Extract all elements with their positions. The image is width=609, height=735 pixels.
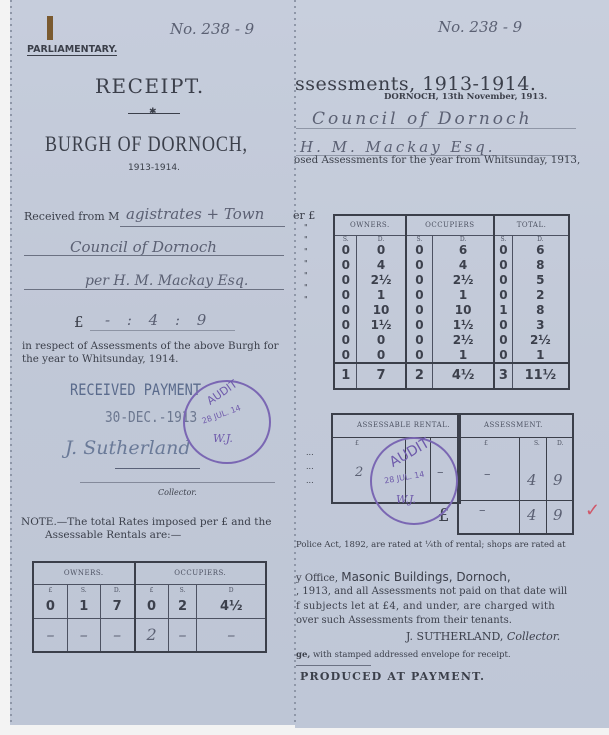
owners-header: OWNERS. [33, 562, 135, 584]
rate-row: 010102 [334, 288, 569, 303]
rate-cell: 8 [512, 258, 569, 273]
col-shillings: S. [168, 584, 197, 596]
rate-cell: 2½ [357, 273, 406, 288]
due-line: , 1913, and all Assessments not paid on … [296, 586, 567, 597]
place-date: DORNOCH, 13th November, 1913. [384, 92, 547, 102]
rate-cell: 7 [100, 596, 134, 618]
rate-row: 040408 [334, 258, 569, 273]
total-pence-value: 9 [553, 506, 563, 524]
col-pence: D. [557, 440, 564, 447]
rate-cell: 1 [357, 288, 406, 303]
occupiers-header: OCCUPIERS. [135, 562, 266, 584]
perforation-left [10, 0, 12, 725]
assessment-shillings-value: 4 [527, 471, 537, 489]
rate-row: 000606 [334, 243, 569, 258]
rate-cell: 10 [357, 303, 406, 318]
rate-cell: 0 [357, 243, 406, 258]
rate-row: 01½01½03 [334, 318, 569, 333]
rate-cell: 0 [494, 348, 512, 363]
owners-header: OWNERS. [334, 215, 406, 235]
collector-line [80, 482, 275, 483]
respect-line1: in respect of Assessments of the above B… [22, 340, 279, 352]
collector-signoff: J. SUTHERLAND, Collector. [406, 630, 560, 643]
rental-cell: – [67, 618, 100, 652]
col-pounds: £ [484, 440, 488, 447]
collector-title: Collector. [507, 630, 560, 643]
rate-cell: 0 [334, 333, 357, 348]
respect-line2: the year to Whitsunday, 1914. [22, 353, 178, 365]
col-shillings: S. [334, 235, 357, 243]
col-shillings: S. [67, 584, 100, 596]
fill-line [24, 255, 284, 256]
burgh-title: BURGH OF DORNOCH, [45, 131, 248, 157]
rate-cell: 0 [494, 273, 512, 288]
col-shillings: S. [494, 235, 512, 243]
rate-cell: 0 [494, 333, 512, 348]
postage-bold: ge, [296, 650, 310, 660]
col-shillings: S. [534, 440, 540, 447]
col-pence: D [197, 584, 266, 596]
rate-cell: 6 [433, 243, 494, 258]
col-shillings: S. [406, 235, 433, 243]
received-from-line2: Council of Dornoch [70, 238, 217, 256]
total-cell: 3 [494, 363, 512, 389]
rate-cell: 0 [406, 273, 433, 288]
rate-cell: 0 [357, 333, 406, 348]
rates-rentals-table: OWNERS.OCCUPIERS. £ S. D. £ S. D 0 1 7 0… [32, 561, 267, 653]
rate-cell: 0 [406, 288, 433, 303]
rate-cell: 0 [334, 243, 357, 258]
rate-cell: 4 [357, 258, 406, 273]
rental-header: ASSESSABLE RENTAL. [357, 421, 450, 429]
divider [546, 437, 547, 533]
rate-cell: 6 [512, 243, 569, 258]
fill-line [90, 330, 235, 331]
rate-cell: 4½ [197, 596, 266, 618]
leader-dots: ... ... ... [306, 446, 314, 488]
rate-cell: 3 [512, 318, 569, 333]
rate-cell: 0 [334, 273, 357, 288]
assessment-pounds-value: – [484, 467, 491, 482]
total-header: TOTAL. [494, 215, 569, 235]
total-cell: 11½ [512, 363, 569, 389]
received-from-line3: per H. M. Mackay Esq. [85, 273, 248, 289]
subjects-line: f subjects let at £4, and under, are cha… [296, 601, 555, 612]
total-cell: 4½ [433, 363, 494, 389]
rate-cell: 0 [357, 348, 406, 363]
fill-line [24, 289, 284, 290]
rate-cell: 0 [406, 258, 433, 273]
ornament-star-icon: ✱ [149, 107, 157, 117]
occupiers-header: OCCUPIERS [406, 215, 494, 235]
audit-initials: W.J. [213, 432, 233, 445]
amount-value: - : 4 : 9 [105, 311, 212, 329]
office-prefix: y Office, [296, 573, 338, 584]
rental-cell: – [100, 618, 134, 652]
produced-at-payment: PRODUCED AT PAYMENT. [300, 670, 485, 683]
rate-cell: 1½ [357, 318, 406, 333]
rate-cell: 0 [406, 333, 433, 348]
check-mark-icon: ✓ [585, 500, 600, 521]
col-pounds: £ [355, 440, 359, 447]
rate-cell: 0 [406, 243, 433, 258]
total-cell: 7 [357, 363, 406, 389]
place-date-text: DORNOCH, 13th November, 1913. [384, 92, 547, 102]
col-pence: D. [100, 584, 134, 596]
audit-label: AUDIT [387, 435, 432, 471]
audit-initials: W.J. [396, 493, 416, 506]
rental-cell: – [33, 618, 67, 652]
total-pounds-value: – [479, 503, 486, 518]
police-act-text: Police Act, 1892, are rated at ¼th of re… [296, 540, 566, 550]
rate-cell: 10 [433, 303, 494, 318]
rate-cell: 8 [512, 303, 569, 318]
per-pound-label: er £ [293, 209, 315, 222]
rental-pounds-value: 2 [355, 465, 363, 480]
audit-date: 28 JUL. 14 [384, 470, 426, 486]
rate-cell: 0 [135, 596, 169, 618]
staple [47, 16, 53, 40]
col-pence: D. [433, 235, 494, 243]
collector-name: J. SUTHERLAND, [406, 630, 503, 643]
assessment-box: ASSESSMENT. £ S. D. – 4 9 – 4 9 [457, 413, 574, 535]
col-pence: D. [512, 235, 569, 243]
stub-year: 1913-1914. [128, 163, 180, 173]
totals-row: 1 7 2 4½ 3 11½ [334, 363, 569, 389]
divider [333, 437, 459, 438]
rate-cell: 5 [512, 273, 569, 288]
rate-cell: 1 [433, 348, 494, 363]
collector-signature: J. Sutherland [65, 437, 190, 459]
divider [459, 437, 572, 438]
received-from-label: Received from M [24, 210, 119, 223]
rate-cell: 2½ [512, 333, 569, 348]
rule [296, 665, 371, 666]
rate-cell: 0 [334, 348, 357, 363]
rate-row: 01001018 [334, 303, 569, 318]
rate-cell: 0 [406, 348, 433, 363]
rental-cell: – [168, 618, 197, 652]
rate-cell: 2 [512, 288, 569, 303]
rate-cell: 0 [494, 258, 512, 273]
rate-row: 0002½02½ [334, 333, 569, 348]
rate-cell: 1 [433, 288, 494, 303]
received-from-line1: agistrates + Town [126, 205, 264, 223]
assessment-pence-value: 9 [553, 471, 563, 489]
total-cell: 1 [334, 363, 357, 389]
parliamentary-label: PARLIAMENTARY. [27, 44, 117, 56]
audit-date: 28 JUL. 14 [201, 403, 242, 425]
rate-cell: 2 [168, 596, 197, 618]
audit-stamp-main: AUDIT 28 JUL. 14 W.J. [370, 437, 458, 525]
note-line1: NOTE.—The total Rates imposed per £ and … [21, 516, 272, 528]
rate-cell: 0 [406, 318, 433, 333]
rental-cell: – [197, 618, 266, 652]
assessment-header: ASSESSMENT. [484, 421, 543, 429]
imposed-text: osed Assessments for the year from Whits… [294, 154, 580, 166]
rate-cell: 0 [33, 596, 67, 618]
rental-cell: 2 [135, 618, 169, 652]
rate-cell: 1 [494, 303, 512, 318]
received-payment-stamp: RECEIVED PAYMENT [70, 380, 201, 399]
rate-row: 02½02½05 [334, 273, 569, 288]
office-name: Masonic Buildings, Dornoch, [341, 570, 510, 584]
ditto-marks: " " " " " " " [304, 222, 308, 306]
signature-underline [115, 468, 200, 469]
rate-cell: 1 [512, 348, 569, 363]
rate-cell: 0 [334, 303, 357, 318]
col-pounds: £ [135, 584, 169, 596]
total-shillings-value: 4 [527, 506, 537, 524]
main-hand-line1: Council of Dornoch [312, 109, 533, 129]
rate-cell: 0 [334, 318, 357, 333]
stub-number: No. 238 - 9 [170, 20, 254, 38]
rate-cell: 0 [334, 258, 357, 273]
postage-line: ge, with stamped addressed envelope for … [296, 650, 511, 660]
col-pounds: £ [33, 584, 67, 596]
rate-cell: 0 [494, 288, 512, 303]
rate-cell: 4 [433, 258, 494, 273]
rate-cell: 1½ [433, 318, 494, 333]
rate-row: 000101 [334, 348, 569, 363]
col-pence: D. [357, 235, 406, 243]
main-number: No. 238 - 9 [438, 18, 522, 36]
office-line: y Office, Masonic Buildings, Dornoch, [296, 570, 511, 584]
amount-pound-sign: £ [74, 313, 84, 331]
rate-cell: 1 [67, 596, 100, 618]
rate-cell: 0 [494, 243, 512, 258]
collector-label: Collector. [158, 488, 197, 497]
divider [519, 437, 520, 533]
audit-stamp-stub: AUDIT 28 JUL. 14 W.J. [183, 380, 271, 464]
assessment-rates-table: OWNERS.OCCUPIERSTOTAL. S. D. S. D. S. D.… [333, 214, 570, 390]
fill-line [296, 128, 576, 129]
receipt-title: RECEIPT. [95, 74, 205, 98]
fill-line [120, 226, 285, 227]
divider [459, 500, 572, 501]
rate-cell: 0 [406, 303, 433, 318]
rate-cell: 0 [494, 318, 512, 333]
rate-cell: 2½ [433, 273, 494, 288]
note-line2: Assessable Rentals are:— [45, 529, 181, 541]
rate-cell: 0 [334, 288, 357, 303]
postage-text: with stamped addressed envelope for rece… [313, 650, 511, 660]
total-cell: 2 [406, 363, 433, 389]
rate-cell: 2½ [433, 333, 494, 348]
recover-line: over such Assessments from their tenants… [296, 615, 512, 626]
